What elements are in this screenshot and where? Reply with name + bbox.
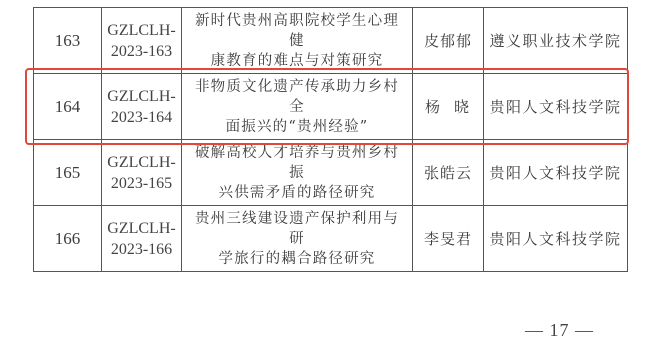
project-leader: 杨晓 (413, 74, 484, 140)
organization: 贵阳人文科技学院 (484, 74, 628, 140)
project-code-line1: GZLCLH- (102, 20, 181, 41)
project-code-line2: 2023-166 (102, 239, 181, 260)
project-code-line2: 2023-165 (102, 173, 181, 194)
project-code: GZLCLH- 2023-164 (102, 74, 182, 140)
organization: 遵义职业技术学院 (484, 8, 628, 74)
organization: 贵阳人文科技学院 (484, 206, 628, 272)
project-title-line1: 新时代贵州高职院校学生心理健 (188, 11, 406, 51)
table-row: 166 GZLCLH- 2023-166 贵州三线建设遗产保护利用与研 学旅行的… (34, 206, 628, 272)
project-title: 破解高校人才培养与贵州乡村振 兴供需矛盾的路径研究 (182, 140, 413, 206)
project-code-line1: GZLCLH- (102, 218, 181, 239)
table-row: 163 GZLCLH- 2023-163 新时代贵州高职院校学生心理健 康教育的… (34, 8, 628, 74)
project-title-line1: 破解高校人才培养与贵州乡村振 (188, 143, 406, 183)
project-title: 贵州三线建设遗产保护利用与研 学旅行的耦合路径研究 (182, 206, 413, 272)
project-code-line1: GZLCLH- (102, 86, 181, 107)
project-title: 新时代贵州高职院校学生心理健 康教育的难点与对策研究 (182, 8, 413, 74)
row-number: 166 (34, 206, 102, 272)
project-title-line2: 康教育的难点与对策研究 (188, 51, 406, 71)
project-title-line2: 学旅行的耦合路径研究 (188, 249, 406, 269)
project-title-line2: 面振兴的“贵州经验” (188, 117, 406, 137)
page-number: — 17 — (525, 320, 594, 341)
project-leader: 李旻君 (413, 206, 484, 272)
project-code-line2: 2023-164 (102, 107, 181, 128)
project-leader: 张皓云 (413, 140, 484, 206)
row-number: 165 (34, 140, 102, 206)
row-number: 164 (34, 74, 102, 140)
document-page: 163 GZLCLH- 2023-163 新时代贵州高职院校学生心理健 康教育的… (0, 0, 662, 364)
project-table: 163 GZLCLH- 2023-163 新时代贵州高职院校学生心理健 康教育的… (33, 7, 628, 272)
project-code: GZLCLH- 2023-166 (102, 206, 182, 272)
table-row: 165 GZLCLH- 2023-165 破解高校人才培养与贵州乡村振 兴供需矛… (34, 140, 628, 206)
table-row-highlighted: 164 GZLCLH- 2023-164 非物质文化遗产传承助力乡村全 面振兴的… (34, 74, 628, 140)
organization: 贵阳人文科技学院 (484, 140, 628, 206)
project-code: GZLCLH- 2023-163 (102, 8, 182, 74)
project-code: GZLCLH- 2023-165 (102, 140, 182, 206)
project-title-line1: 非物质文化遗产传承助力乡村全 (188, 77, 406, 117)
project-title: 非物质文化遗产传承助力乡村全 面振兴的“贵州经验” (182, 74, 413, 140)
project-leader: 皮郁郁 (413, 8, 484, 74)
project-title-line1: 贵州三线建设遗产保护利用与研 (188, 209, 406, 249)
project-code-line1: GZLCLH- (102, 152, 181, 173)
project-title-line2: 兴供需矛盾的路径研究 (188, 183, 406, 203)
row-number: 163 (34, 8, 102, 74)
project-code-line2: 2023-163 (102, 41, 181, 62)
